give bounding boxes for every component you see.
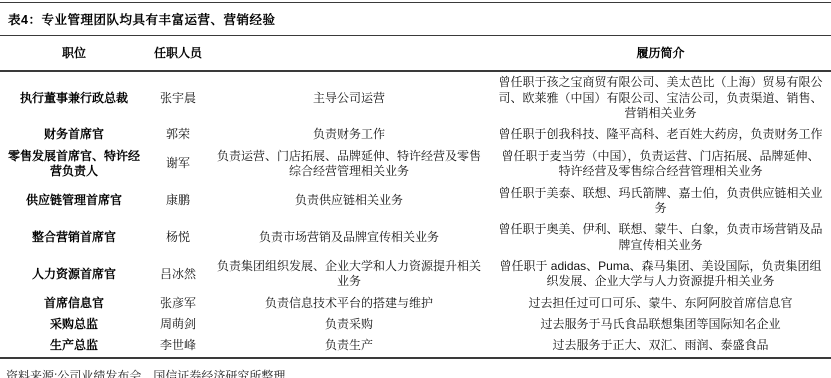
table-row: 生产总监 李世峰 负责生产 过去服务于正大、双汇、雨润、泰盛食品 [0,335,831,357]
position-cell: 首席信息官 [0,293,148,314]
name-cell: 周萌剑 [148,314,208,335]
position-cell: 人力资源首席官 [0,256,148,293]
position-cell: 执行董事兼行政总裁 [0,71,148,124]
research-table-figure: 表4：专业管理团队均具有丰富运营、营销经验 职位 任职人员 履历简介 执行董事兼… [0,2,831,378]
table-row: 零售发展首席官、特许经营负责人 谢军 负责运营、门店拓展、品牌延伸、特许经营及零… [0,146,831,183]
duty-cell: 负责市场营销及品牌宣传相关业务 [208,219,490,256]
table-row: 采购总监 周萌剑 负责采购 过去服务于马氏食品联想集团等国际知名企业 [0,314,831,335]
duty-cell: 负责供应链相关业务 [208,183,490,220]
header-duty [208,36,490,71]
resume-cell: 曾任职于孩之宝商贸有限公司、美太芭比（上海）贸易有限公司、欧莱雅（中国）有限公司… [490,71,831,124]
table-header-row: 职位 任职人员 履历简介 [0,36,831,71]
table-title-bar: 表4：专业管理团队均具有丰富运营、营销经验 [0,2,831,36]
name-cell: 张彦军 [148,293,208,314]
table-row: 首席信息官 张彦军 负责信息技术平台的搭建与维护 过去担任过可口可乐、蒙牛、东阿… [0,293,831,314]
resume-cell: 过去服务于马氏食品联想集团等国际知名企业 [490,314,831,335]
name-cell: 郭荣 [148,124,208,145]
position-cell: 生产总监 [0,335,148,357]
duty-cell: 主导公司运营 [208,71,490,124]
resume-cell: 曾任职于创我科技、隆平高科、老百姓大药房，负责财务工作 [490,124,831,145]
table-row: 执行董事兼行政总裁 张宇晨 主导公司运营 曾任职于孩之宝商贸有限公司、美太芭比（… [0,71,831,124]
header-resume: 履历简介 [490,36,831,71]
source-note: 资料来源:公司业绩发布会，国信证券经济研究所整理 [0,359,831,378]
position-cell: 供应链管理首席官 [0,183,148,220]
resume-cell: 过去担任过可口可乐、蒙牛、东阿阿胶首席信息官 [490,293,831,314]
table-row: 人力资源首席官 吕冰然 负责集团组织发展、企业大学和人力资源提升相关业务 曾任职… [0,256,831,293]
name-cell: 张宇晨 [148,71,208,124]
position-cell: 采购总监 [0,314,148,335]
name-cell: 谢军 [148,146,208,183]
duty-cell: 负责财务工作 [208,124,490,145]
duty-cell: 负责信息技术平台的搭建与维护 [208,293,490,314]
position-cell: 零售发展首席官、特许经营负责人 [0,146,148,183]
duty-cell: 负责运营、门店拓展、品牌延伸、特许经营及零售综合经营管理相关业务 [208,146,490,183]
management-table: 职位 任职人员 履历简介 执行董事兼行政总裁 张宇晨 主导公司运营 曾任职于孩之… [0,36,831,359]
resume-cell: 过去服务于正大、双汇、雨润、泰盛食品 [490,335,831,357]
duty-cell: 负责采购 [208,314,490,335]
resume-cell: 曾任职于美泰、联想、玛氏箭牌、嘉士伯，负责供应链相关业务 [490,183,831,220]
name-cell: 康鹏 [148,183,208,220]
name-cell: 李世峰 [148,335,208,357]
table-row: 整合营销首席官 杨悦 负责市场营销及品牌宣传相关业务 曾任职于奥美、伊利、联想、… [0,219,831,256]
table-row: 财务首席官 郭荣 负责财务工作 曾任职于创我科技、隆平高科、老百姓大药房，负责财… [0,124,831,145]
duty-cell: 负责集团组织发展、企业大学和人力资源提升相关业务 [208,256,490,293]
name-cell: 杨悦 [148,219,208,256]
resume-cell: 曾任职于麦当劳（中国），负责运营、门店拓展、品牌延伸、特许经营及零售综合经营管理… [490,146,831,183]
position-cell: 整合营销首席官 [0,219,148,256]
position-cell: 财务首席官 [0,124,148,145]
table-row: 供应链管理首席官 康鹏 负责供应链相关业务 曾任职于美泰、联想、玛氏箭牌、嘉士伯… [0,183,831,220]
header-position: 职位 [0,36,148,71]
table-title: 表4：专业管理团队均具有丰富运营、营销经验 [8,13,275,27]
resume-cell: 曾任职于 adidas、Puma、森马集团、美设国际，负责集团组织发展、企业大学… [490,256,831,293]
duty-cell: 负责生产 [208,335,490,357]
header-name: 任职人员 [148,36,208,71]
resume-cell: 曾任职于奥美、伊利、联想、蒙牛、白象，负责市场营销及品牌宣传相关业务 [490,219,831,256]
name-cell: 吕冰然 [148,256,208,293]
